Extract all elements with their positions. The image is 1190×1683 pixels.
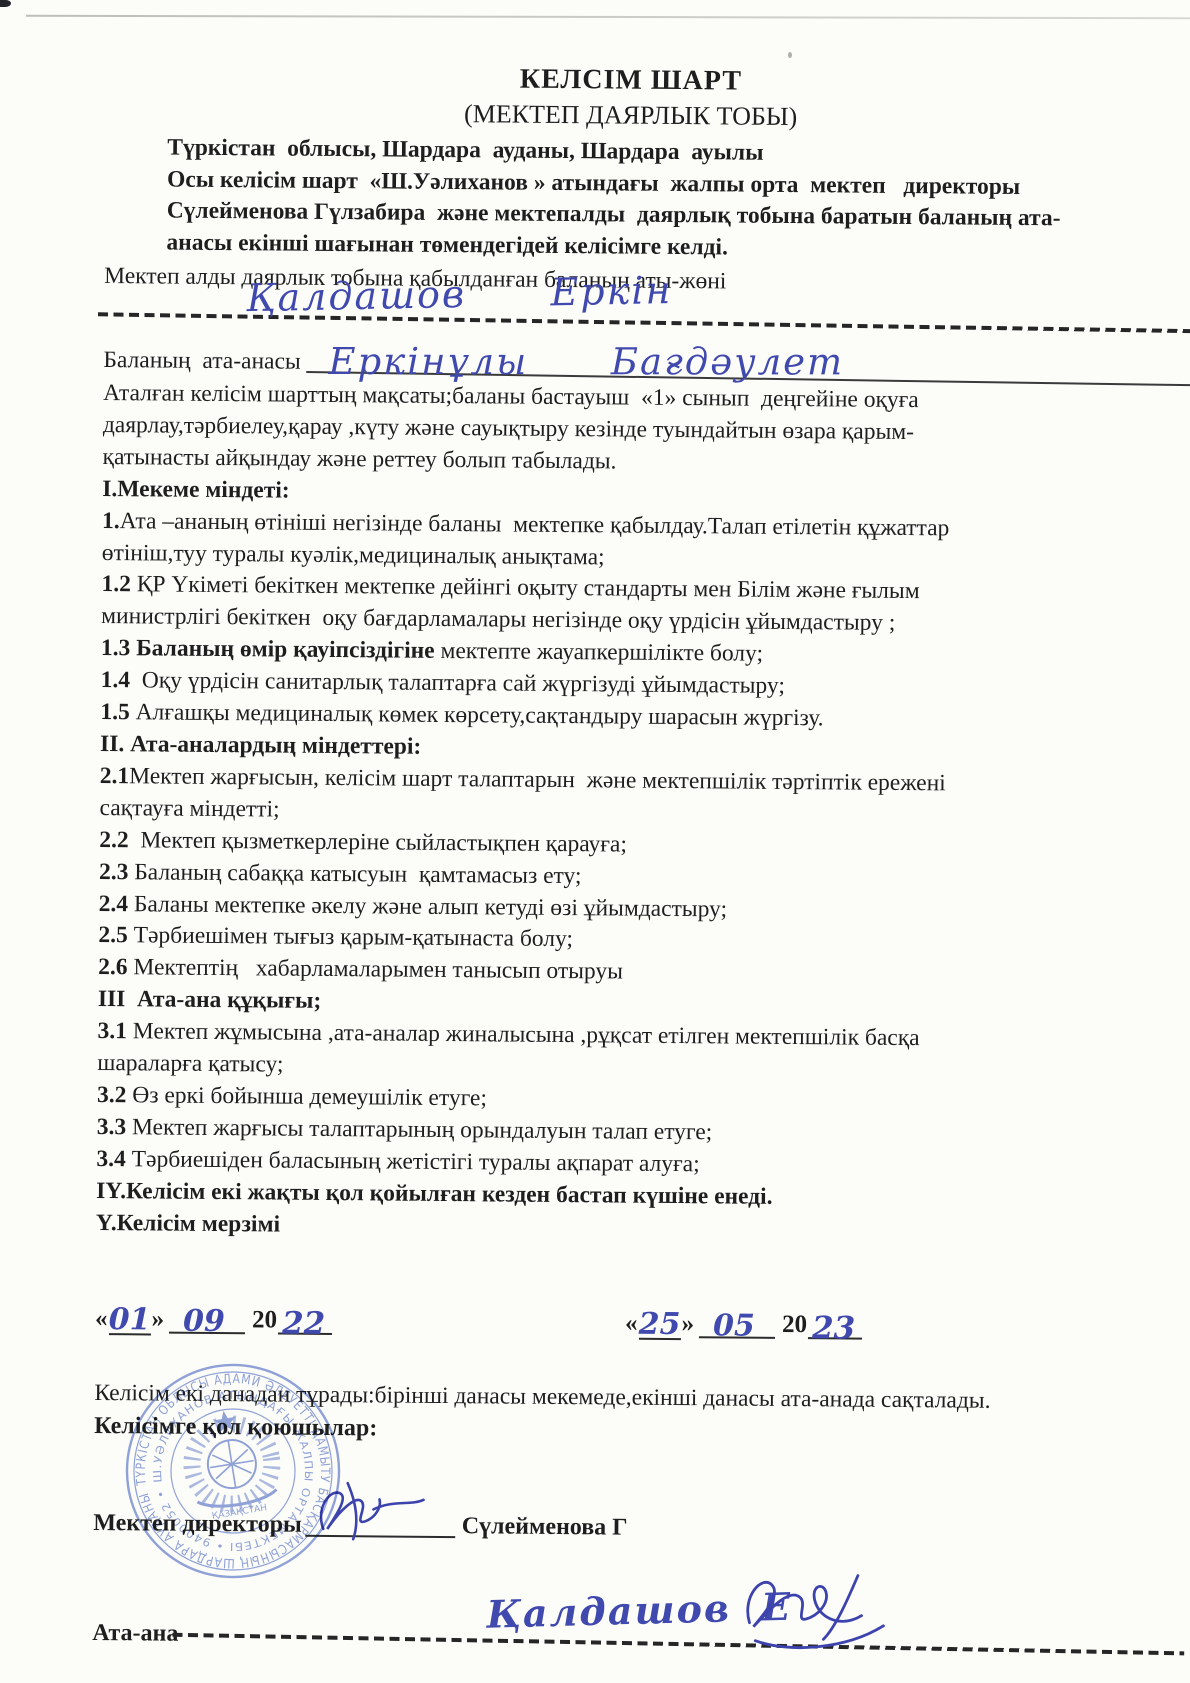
- open-guillemet: «: [625, 1310, 638, 1338]
- month-underline: 09: [169, 1302, 245, 1335]
- parent-name-label: Баланың ата-анасы: [103, 347, 301, 376]
- year-prefix: 20: [782, 1311, 807, 1339]
- document-title: КЕЛСІМ ШАРТ: [106, 60, 1156, 101]
- contract-body: Аталған келісім шарттың мақсаты;баланы б…: [96, 378, 1190, 1249]
- document-subtitle: (МЕКТЕП ДАЯРЛЫК ТОБЫ): [106, 96, 1156, 135]
- year-prefix: 20: [252, 1307, 277, 1335]
- dashed-line: [172, 1633, 1184, 1655]
- year-underline: 23: [808, 1308, 862, 1340]
- intro-paragraph: Түркістан облысы, Шардара ауданы, Шардар…: [166, 133, 1190, 268]
- handwritten-end-year: 23: [812, 1311, 855, 1347]
- scanned-document-page: КЕЛСІМ ШАРТ (МЕКТЕП ДАЯРЛЫК ТОБЫ) Түркіс…: [0, 0, 1190, 1683]
- parent-signature-ink: [733, 1567, 904, 1664]
- handwritten-end-month: 05: [713, 1309, 755, 1344]
- close-guillemet: »: [681, 1311, 694, 1339]
- parent-name-row: Баланың ата-анасы Еркінұлы Бағдәулет: [103, 330, 1190, 384]
- official-round-stamp: ТҮРКІСТАН ОБЛЫСЫ АДАМИ ӘЛЕУЕТТІ ДАМЫТУ Б…: [91, 1332, 376, 1610]
- parent-signature-line: Қалдашов Е: [178, 1614, 1182, 1657]
- year-underline: 22: [278, 1303, 332, 1335]
- handwritten-start-day: 01: [108, 1308, 150, 1336]
- handwritten-end-day: 25: [638, 1312, 680, 1340]
- close-guillemet: »: [151, 1306, 164, 1334]
- handwritten-child-name: Қалдашов Еркін: [246, 268, 673, 320]
- handwritten-start-month: 09: [183, 1304, 225, 1339]
- parent-signer-label: Ата-ана: [92, 1620, 178, 1648]
- director-name: Сүлейменова Г: [462, 1514, 628, 1542]
- dates-row: «01» 09 20 22 «25» 05 20 23: [95, 1301, 1185, 1343]
- month-underline: 05: [699, 1307, 775, 1340]
- underline: Еркінұлы Бағдәулет: [307, 335, 1190, 386]
- handwritten-parent-name: Еркінұлы Бағдәулет: [329, 340, 845, 383]
- open-guillemet: «: [95, 1305, 108, 1333]
- date-start: «01» 09 20 22: [95, 1301, 337, 1335]
- parent-signature-row: Ата-ана Қалдашов Е: [92, 1601, 1182, 1657]
- date-end: «25» 05 20 23: [625, 1306, 867, 1340]
